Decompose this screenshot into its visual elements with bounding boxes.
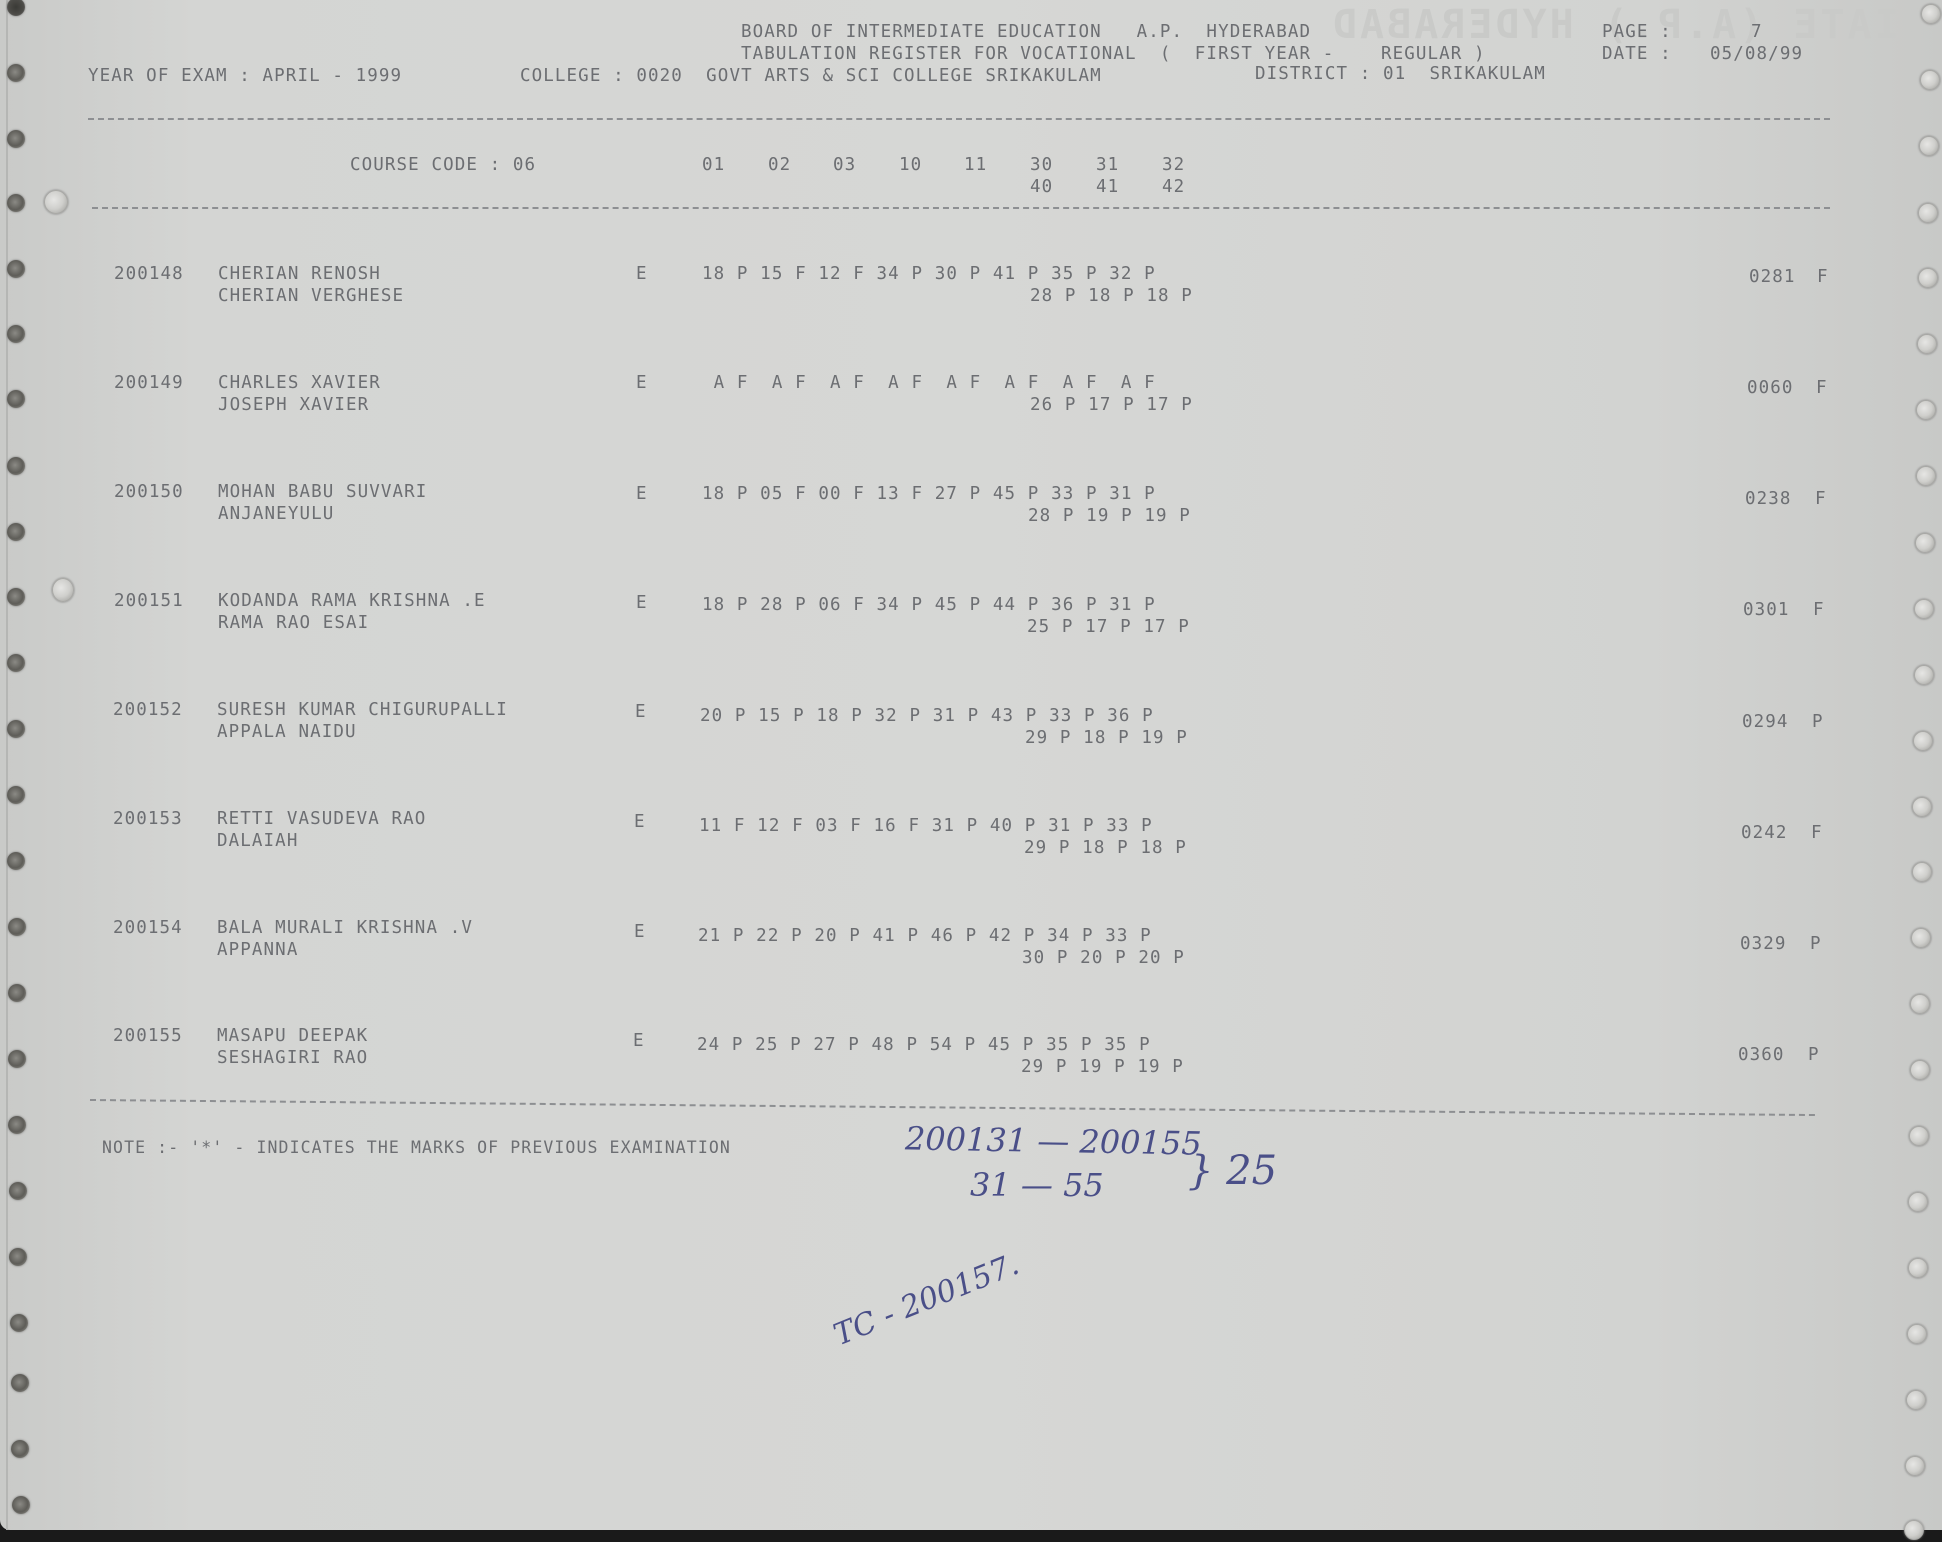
tractor-hole [7,260,25,278]
total-marks: 0238 [1745,488,1792,510]
marks-row-2: 26 P 17 P 17 P [1030,394,1193,416]
hall-ticket-number: 200152 [113,699,183,721]
subject-code: 30 [1030,154,1053,176]
tractor-hole [1910,994,1930,1014]
board-title: BOARD OF INTERMEDIATE EDUCATION A.P. HYD… [741,21,1311,43]
father-name: APPALA NAIDU [217,721,357,743]
tractor-hole [9,1248,27,1266]
marks-row-2: 28 P 19 P 19 P [1028,505,1191,527]
tractor-hole [8,1050,26,1068]
medium: E [635,701,647,723]
total-marks: 0301 [1743,599,1790,621]
father-name: CHERIAN VERGHESE [218,285,404,307]
tractor-hole [9,1182,27,1200]
subject-code: 40 [1030,176,1053,198]
student-name: SURESH KUMAR CHIGURUPALLI [217,699,508,721]
hall-ticket-number: 200149 [114,372,184,394]
tractor-hole [1914,665,1934,685]
year-of-exam: YEAR OF EXAM : APRIL - 1999 [88,65,402,87]
tractor-hole [1913,731,1933,751]
subject-code: 31 [1096,154,1119,176]
tractor-hole [1911,928,1931,948]
tractor-hole [1918,268,1938,288]
course-code: COURSE CODE : 06 [350,154,536,176]
date-value: 05/08/99 [1710,43,1803,65]
column-header-divider [92,207,1830,209]
father-name: JOSEPH XAVIER [218,394,369,416]
tractor-hole [1917,334,1937,354]
total-marks: 0242 [1741,822,1788,844]
medium: E [636,483,648,505]
marks-row-2: 29 P 19 P 19 P [1021,1056,1184,1078]
marks-row-1: A F A F A F A F A F A F A F A F [702,372,1156,394]
tractor-hole [7,720,25,738]
page-number: 7 [1751,21,1763,43]
tractor-hole [12,1496,30,1514]
tractor-hole [7,523,25,541]
tractor-hole [10,1314,28,1332]
father-name: APPANNA [217,939,298,961]
tractor-hole [7,588,25,606]
date-label: DATE : [1602,43,1672,65]
tractor-hole [8,1116,26,1134]
hall-ticket-number: 200151 [114,590,184,612]
tractor-hole [7,0,25,16]
total-marks: 0294 [1742,711,1789,733]
tractor-hole [11,1440,29,1458]
subject-code: 11 [964,154,987,176]
tractor-hole [1907,1324,1927,1344]
district-info: DISTRICT : 01 SRIKAKULAM [1255,63,1546,85]
hall-ticket-number: 200154 [113,917,183,939]
header-divider [88,118,1830,120]
tractor-hole [1921,4,1941,24]
hall-ticket-number: 200148 [114,263,184,285]
footer-note: NOTE :- '*' - INDICATES THE MARKS OF PRE… [102,1137,731,1159]
total-marks: 0360 [1738,1044,1785,1066]
hall-ticket-number: 200155 [113,1025,183,1047]
tractor-hole [1909,1126,1929,1146]
subject-code: 42 [1162,176,1185,198]
result-status: F [1813,599,1825,621]
student-name: CHARLES XAVIER [218,372,381,394]
tractor-hole [1920,70,1940,90]
result-status: P [1808,1044,1820,1066]
medium: E [636,592,648,614]
handwritten-brace-total: } 25 [1188,1148,1277,1194]
student-name: MOHAN BABU SUVVARI [218,481,427,503]
footer-divider [90,1099,1815,1116]
handwritten-tc-note: TC - 200157. [829,1247,1024,1353]
marks-row-2: 29 P 18 P 19 P [1025,727,1188,749]
student-name: RETTI VASUDEVA RAO [217,808,426,830]
tractor-hole [1910,1060,1930,1080]
student-name: CHERIAN RENOSH [218,263,381,285]
medium: E [636,263,648,285]
result-status: F [1816,377,1828,399]
tractor-hole [7,130,25,148]
marks-row-1: 11 F 12 F 03 F 16 F 31 P 40 P 31 P 33 P [699,815,1153,837]
tractor-hole [1908,1258,1928,1278]
total-marks: 0329 [1740,933,1787,955]
marks-row-1: 21 P 22 P 20 P 41 P 46 P 42 P 34 P 33 P [698,925,1152,947]
medium: E [633,1030,645,1052]
tractor-hole [7,64,25,82]
tractor-hole [1912,797,1932,817]
tractor-hole [1908,1192,1928,1212]
subject-code: 41 [1096,176,1119,198]
tractor-hole [11,1374,29,1392]
tractor-hole [7,852,25,870]
medium: E [636,372,648,394]
subject-code: 02 [768,154,791,176]
tabulation-sheet: BOARD OF INTERMEDIATE (A.P.) HYDERABAD B… [0,0,1942,1530]
result-status: P [1810,933,1822,955]
total-marks: 0060 [1747,377,1794,399]
register-title: TABULATION REGISTER FOR VOCATIONAL ( FIR… [741,43,1486,65]
subject-code: 01 [702,154,725,176]
tractor-hole [1918,203,1938,223]
tractor-hole [7,457,25,475]
father-name: RAMA RAO ESAI [218,612,369,634]
tractor-hole [7,325,25,343]
father-name: SESHAGIRI RAO [217,1047,368,1069]
subject-code: 03 [833,154,856,176]
tractor-hole [1905,1456,1925,1476]
marks-row-1: 18 P 28 P 06 F 34 P 45 P 44 P 36 P 31 P [702,594,1156,616]
hall-ticket-number: 200150 [114,481,184,503]
tractor-hole [1919,136,1939,156]
tractor-hole [7,194,25,212]
tractor-hole [1916,400,1936,420]
tractor-hole [1915,533,1935,553]
medium: E [634,811,646,833]
marks-row-2: 29 P 18 P 18 P [1024,837,1187,859]
punch-mark [44,190,68,214]
father-name: ANJANEYULU [218,503,334,525]
marks-row-1: 24 P 25 P 27 P 48 P 54 P 45 P 35 P 35 P [697,1034,1151,1056]
result-status: F [1811,822,1823,844]
tractor-hole [7,390,25,408]
tractor-hole [1906,1390,1926,1410]
student-name: BALA MURALI KRISHNA .V [217,917,473,939]
marks-row-1: 20 P 15 P 18 P 32 P 31 P 43 P 33 P 36 P [700,705,1154,727]
father-name: DALAIAH [217,830,298,852]
tractor-hole [8,984,26,1002]
result-status: F [1817,266,1829,288]
marks-row-2: 28 P 18 P 18 P [1030,285,1193,307]
tractor-hole [1904,1520,1924,1540]
punch-mark [52,578,74,602]
marks-row-1: 18 P 05 F 00 F 13 F 27 P 45 P 33 P 31 P [702,483,1156,505]
handwritten-range-2: 31 — 55 [970,1166,1104,1204]
handwritten-range-1: 200131 — 200155 [905,1119,1202,1162]
tractor-hole [1912,862,1932,882]
total-marks: 0281 [1749,266,1796,288]
page-label: PAGE : [1602,21,1672,43]
tractor-hole [7,654,25,672]
student-name: MASAPU DEEPAK [217,1025,368,1047]
result-status: P [1812,711,1824,733]
student-name: KODANDA RAMA KRISHNA .E [218,590,486,612]
subject-code: 10 [899,154,922,176]
hall-ticket-number: 200153 [113,808,183,830]
medium: E [634,921,646,943]
subject-code: 32 [1162,154,1185,176]
marks-row-2: 25 P 17 P 17 P [1027,616,1190,638]
marks-row-1: 18 P 15 F 12 F 34 P 30 P 41 P 35 P 32 P [702,263,1156,285]
tractor-hole [1916,466,1936,486]
tractor-hole [1914,599,1934,619]
college-info: COLLEGE : 0020 GOVT ARTS & SCI COLLEGE S… [520,65,1102,87]
marks-row-2: 30 P 20 P 20 P [1022,947,1185,969]
tractor-hole [8,918,26,936]
tractor-hole [7,786,25,804]
result-status: F [1815,488,1827,510]
